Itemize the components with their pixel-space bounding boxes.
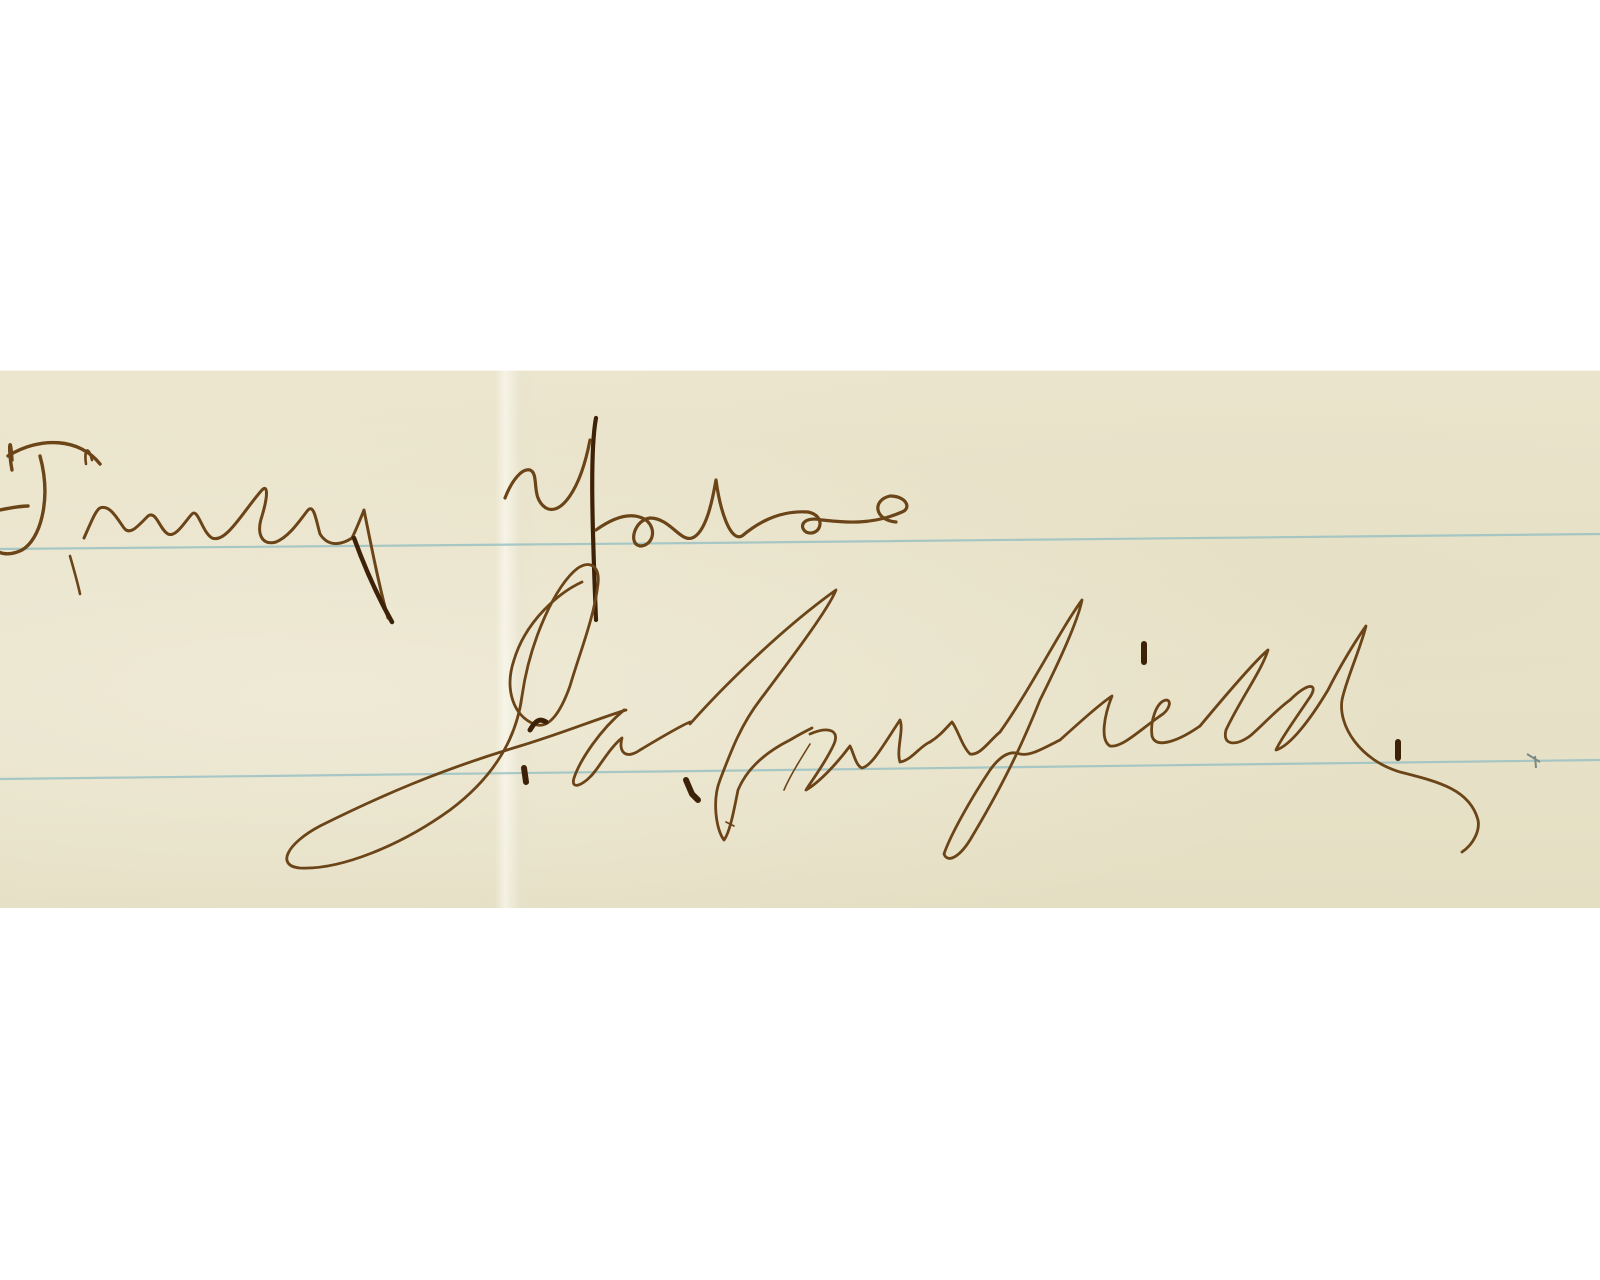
signature-handwriting [287, 565, 1479, 869]
ruled-line-upper [0, 534, 1600, 549]
handwriting-canvas [0, 370, 1600, 908]
ruled-line-lower [0, 760, 1600, 779]
closing-handwriting [0, 443, 392, 622]
closing-handwriting-yours [505, 418, 907, 620]
letter-paper-fragment: Truly Yours J.A. Garfield. [0, 370, 1600, 908]
